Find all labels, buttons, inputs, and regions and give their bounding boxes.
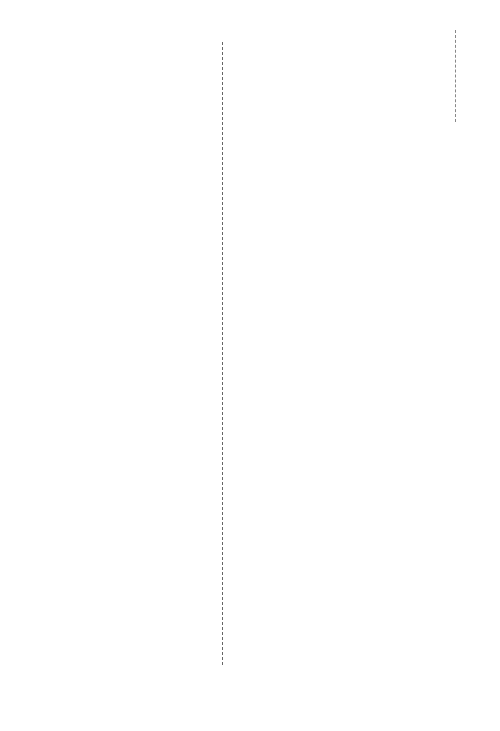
page-edge-marker [455, 30, 456, 122]
answer-line [22, 303, 28, 318]
column-divider [222, 42, 223, 665]
answer-line [22, 354, 28, 369]
